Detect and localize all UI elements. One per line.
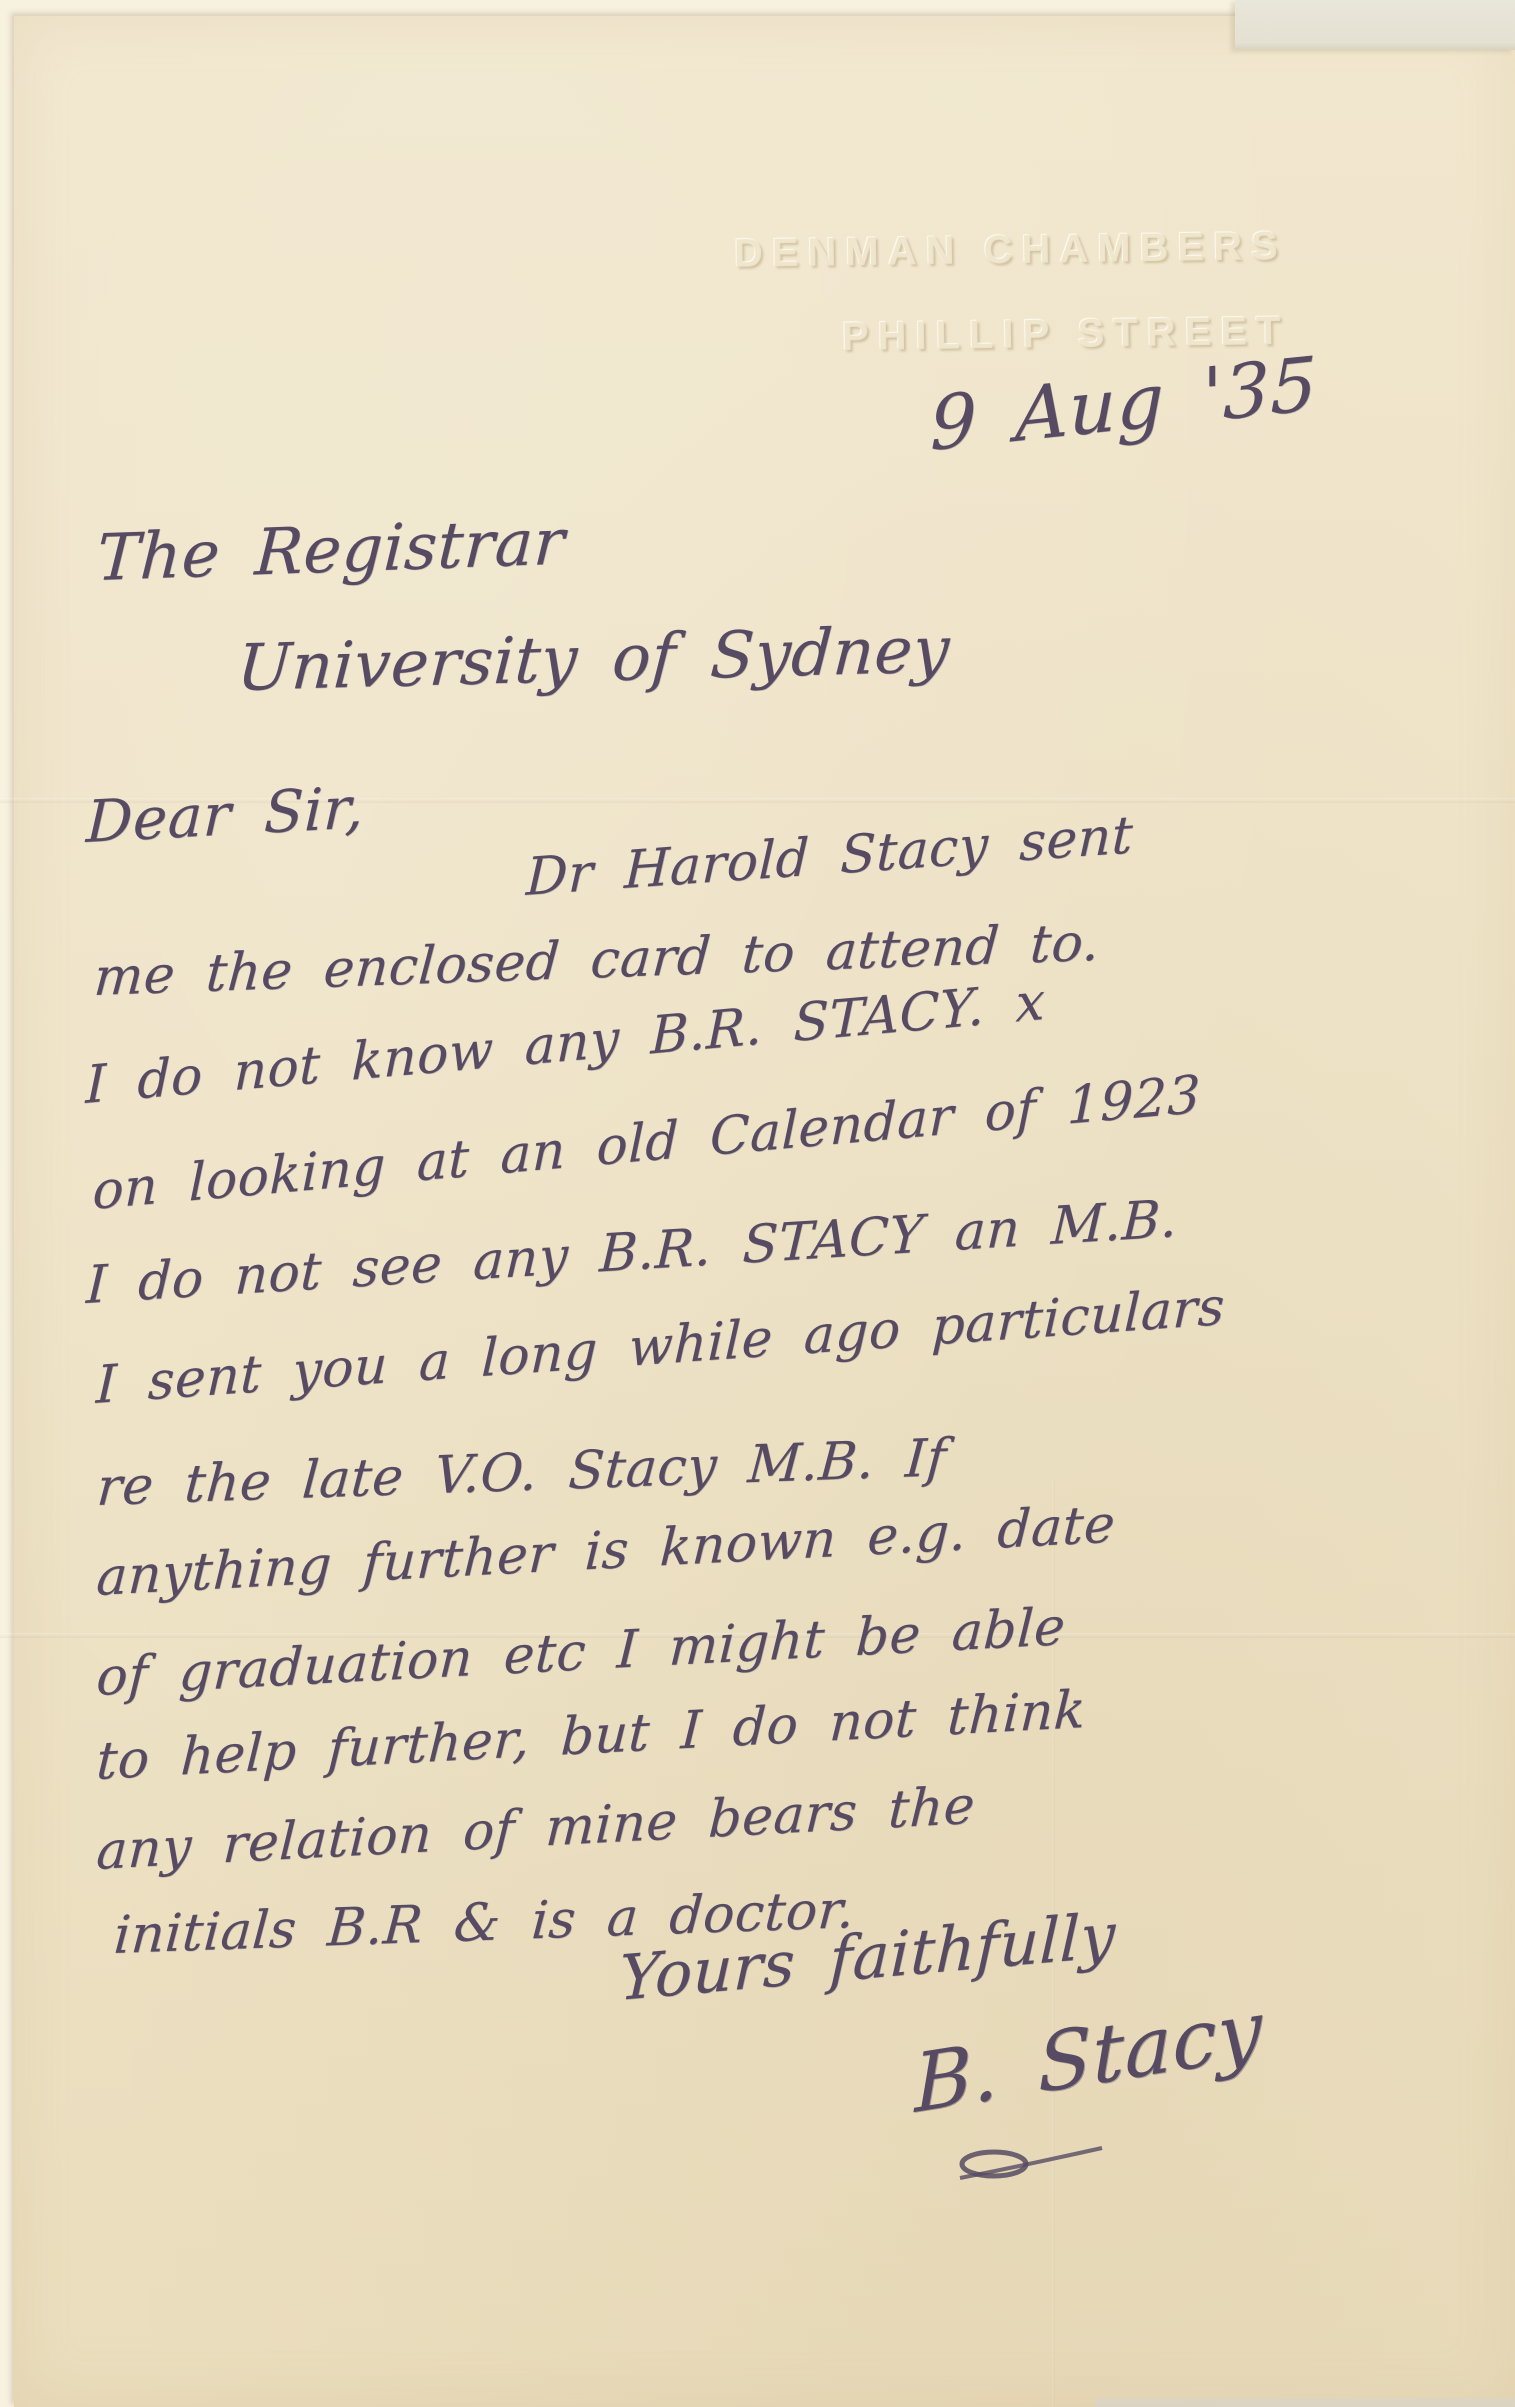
scan-bottom-edge [1095, 2398, 1515, 2407]
scanned-letter-page: { "document": { "kind": "handwritten let… [0, 0, 1515, 2407]
signature-flourish [952, 2138, 1112, 2198]
embossed-letterhead-building: DENMAN CHAMBERS [734, 224, 1287, 277]
backing-sheet-corner [1235, 0, 1515, 50]
